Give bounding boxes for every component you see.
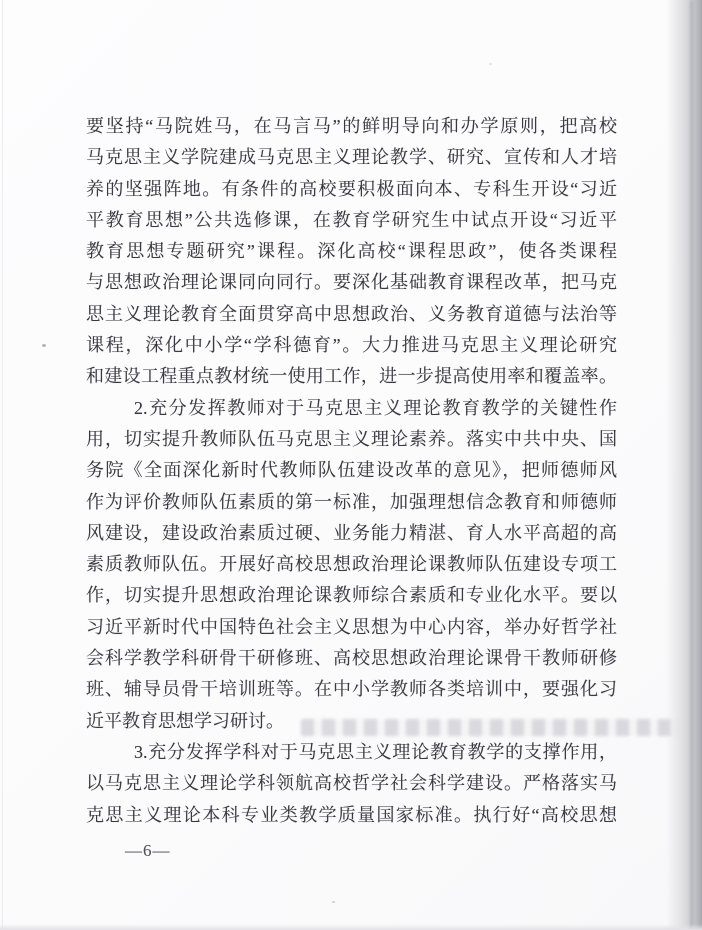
scan-speck — [42, 344, 46, 347]
scanned-document-page: 要坚持“马院姓马，在马言马”的鲜明导向和办学原则，把高校 马克思主义学院建成马克… — [0, 0, 702, 930]
text-line: 务院《全面深化新时代教师队伍建设改革的意见》，把师德师风 — [86, 455, 617, 486]
text-line: 养的坚强阵地。有条件的高校要积极面向本、专科生开设“习近 — [86, 174, 617, 205]
text-line: 作，切实提升思想政治理论课教师综合素质和专业化水平。要以 — [86, 580, 617, 611]
text-line: 教育思想专题研究”课程。深化高校“课程思政”，使各类课程 — [86, 236, 617, 267]
page-edge-left — [2, 0, 3, 930]
text-line: 素质教师队伍。开展好高校思想政治理论课教师队伍建设专项工 — [86, 549, 617, 580]
text-line: 克思主义理论本科专业类教学质量国家标准。执行好“高校思想 — [86, 800, 617, 831]
text-line: 班、辅导员骨干培训班等。在中小学教师各类培训中，要强化习 — [86, 674, 617, 705]
page-edge-fold-line — [690, 0, 693, 930]
ink-bleed-through-band — [301, 719, 683, 736]
scan-speck — [489, 63, 492, 65]
page-edge-shadow — [666, 0, 702, 930]
text-line: 用，切实提升教师队伍马克思主义理论素养。落实中共中央、国 — [86, 424, 617, 455]
text-line: 思主义理论教育全面贯穿高中思想政治、义务教育道德与法治等 — [86, 299, 617, 330]
text-line: 要坚持“马院姓马，在马言马”的鲜明导向和办学原则，把高校 — [86, 111, 617, 142]
text-line-paragraph-start: 2.充分发挥教师对于马克思主义理论教育教学的关键性作 — [86, 393, 617, 424]
text-line: 马克思主义学院建成马克思主义理论教学、研究、宣传和人才培 — [86, 142, 617, 173]
text-line: 和建设工程重点教材统一使用工作，进一步提高使用率和覆盖率。 — [86, 361, 617, 392]
text-line: 以马克思主义理论学科领航高校哲学社会科学建设。严格落实马 — [86, 768, 617, 799]
text-line: 课程，深化中小学“学科德育”。大力推进马克思主义理论研究 — [86, 330, 617, 361]
page-edge-bottom — [0, 924, 702, 930]
text-line-paragraph-start: 3.充分发挥学科对于马克思主义理论教育教学的支撑作用， — [86, 737, 617, 768]
text-line: 平教育思想”公共选修课，在教育学研究生中试点开设“习近平 — [86, 205, 617, 236]
text-line: 作为评价教师队伍素质的第一标准，加强理想信念教育和师德师 — [86, 487, 617, 518]
text-line: 风建设，建设政治素质过硬、业务能力精湛、育人水平高超的高 — [86, 518, 617, 549]
scan-speck — [332, 901, 335, 903]
page-number: —6— — [125, 841, 171, 861]
text-line: 习近平新时代中国特色社会主义思想为中心内容，举办好哲学社 — [86, 612, 617, 643]
text-line: 会科学教学科研骨干研修班、高校思想政治理论课骨干教师研修 — [86, 643, 617, 674]
text-line: 与思想政治理论课同向同行。要深化基础教育课程改革，把马克 — [86, 267, 617, 298]
